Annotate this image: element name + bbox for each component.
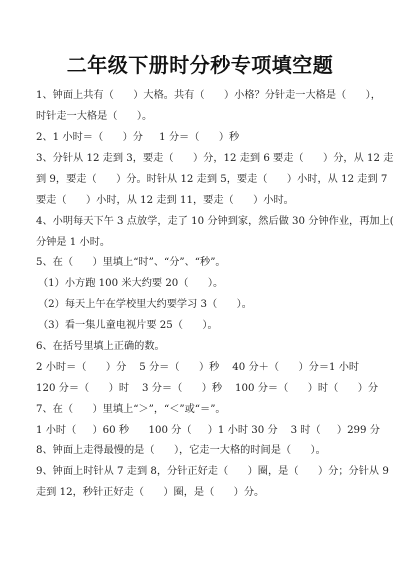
question-7: 7、在（ ）里填上“＞”，“＜”或“＝”。 [36,403,370,417]
question-5-item-2: （2）每天上午在学校里大约要学习 3（ ）。 [38,298,372,312]
question-6-row-1: 2 小时＝（ ）分 5 分＝（ ）秒 40 分＋（ ）分＝1 小时 [36,361,370,375]
question-5-item-1: （1）小方跑 100 米大约要 20（ ）。 [38,277,372,291]
question-3-line-3: 要走（ ）小时，从 12 走到 11，要走（ ）小时。 [36,194,370,208]
question-9-line-1: 9、钟面上时针从 7 走到 8，分针正好走（ ）圈，是（ ）分；分针从 9 [36,465,370,479]
worksheet-page: 二年级下册时分秒专项填空题 1、钟面上共有（ ）大格。共有（ ）小格？分针走一大… [0,0,400,566]
question-1-line-2: 时针走一大格是（ ）。 [36,110,370,124]
question-3-line-2: 到 9，要走（ ）分。时针从 12 走到 5，要走（ ）小时，从 12 走到 7 [36,173,370,187]
question-3-line-1: 3、分针从 12 走到 3，要走（ ）分，12 走到 6 要走（ ）分，从 12… [36,152,370,166]
question-2: 2、1 小时＝（ ）分 1 分＝（ ）秒 [36,131,370,145]
question-7-row-1: 1 小时（ ）60 秒 100 分（ ）1 小时 30 分 3 时（ ）299 … [36,424,370,438]
page-title: 二年级下册时分秒专项填空题 [0,52,400,78]
question-6: 6、在括号里填上正确的数。 [36,340,370,354]
question-5-item-3: （3）看一集儿童电视片要 25（ ）。 [38,319,372,333]
question-6-row-2: 120 分＝（ ）时 3 分＝（ ）秒 100 分＝（ ）时（ ）分 [36,382,370,396]
question-4-line-1: 4、小明每天下午 3 点放学，走了 10 分钟到家，然后做 30 分钟作业，再加… [36,215,370,229]
question-9-line-2: 走到 12，秒针正好走（ ）圈，是（ ）分。 [36,486,370,500]
question-4-line-2: 分钟是 1 小时。 [36,236,370,250]
question-8: 8、钟面上走得最慢的是（ ），它走一大格的时间是（ ）。 [36,444,370,458]
question-5: 5、在（ ）里填上“时”、“分”、“秒”。 [36,256,370,270]
question-1-line-1: 1、钟面上共有（ ）大格。共有（ ）小格？分针走一大格是（ ）， [36,89,370,103]
